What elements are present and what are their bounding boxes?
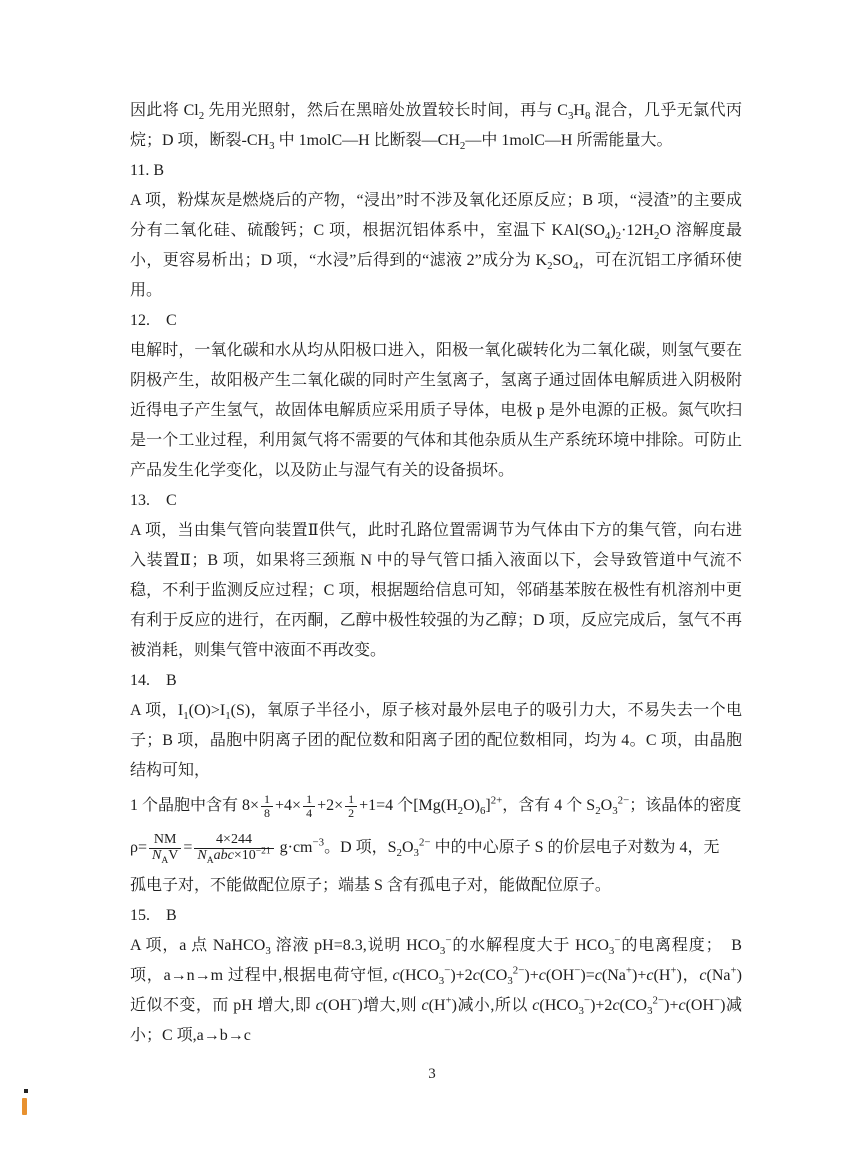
unit-cell-count-formula: 1 个晶胞中含有 8×18+4×14+2×12+1=4 个[Mg(H2O)6]2…	[130, 786, 742, 826]
formula-text-plus4: +4×	[275, 797, 301, 814]
density-formula-line: ρ=NMNAV=4×244NAabc×10−21 g·cm−3。D 项，S2O3…	[130, 826, 742, 870]
formula-text-plus2: +2×	[317, 797, 343, 814]
question-14-explanation-intro: A 项，I1(O)>I1(S)，氧原子半径小，原子核对最外层电子的吸引力大，不易…	[130, 696, 742, 786]
question-11-explanation: A 项，粉煤灰是燃烧后的产物，“浸出”时不涉及氧化还原反应；B 项，“浸渣”的主…	[130, 186, 742, 306]
question-15-explanation: A 项，a 点 NaHCO3 溶液 pH=8.3,说明 HCO3−的水解程度大于…	[130, 931, 742, 1051]
scan-artifact-orange-bar	[22, 1098, 27, 1115]
density-lead: ρ=	[130, 839, 147, 856]
answer-heading-11: 11. B	[130, 156, 742, 186]
answer-heading-12: 12. C	[130, 306, 742, 336]
density-equals: =	[183, 839, 192, 856]
density-tail-text: g·cm−3。D 项，S2O32− 中的中心原子 S 的价层电子对数为 4，无	[276, 839, 720, 856]
scanned-answer-key-page: { "colors": { "text": "#1d1d1d", "backgr…	[0, 0, 864, 1153]
scan-artifact-dot	[24, 1089, 28, 1093]
density-symbol-fraction: NMNAV	[149, 833, 181, 863]
answer-heading-13: 13. C	[130, 486, 742, 516]
formula-text-suffix: ，含有 4 个 S2O32−；该晶体的密度	[502, 797, 741, 814]
page-number: 3	[0, 1066, 864, 1083]
fraction-one-quarter: 14	[303, 793, 315, 819]
question-10-explanation-continuation: 因此将 Cl2 先用光照射，然后在黑暗处放置较长时间，再与 C3H8 混合，几乎…	[130, 96, 742, 156]
question-14-explanation-end: 孤电子对，不能做配位原子；端基 S 含有孤电子对，能做配位原子。	[130, 871, 742, 901]
formula-text-result: +1=4 个	[359, 797, 413, 814]
density-value-fraction: 4×244NAabc×10−21	[194, 833, 273, 863]
fraction-one-half: 12	[345, 793, 357, 819]
answer-key-content: 因此将 Cl2 先用光照射，然后在黑暗处放置较长时间，再与 C3H8 混合，几乎…	[130, 96, 742, 1051]
fraction-one-eighth: 18	[261, 793, 273, 819]
magnesium-complex-formula: [Mg(H2O)6]2+	[413, 797, 502, 814]
question-12-explanation: 电解时，一氧化碳和水从均从阳极口进入，阳极一氧化碳转化为二氧化碳，则氢气要在阴极…	[130, 336, 742, 486]
question-13-explanation: A 项，当由集气管向装置Ⅱ供气，此时孔路位置需调节为气体由下方的集气管，向右进入…	[130, 516, 742, 666]
formula-text-prefix: 1 个晶胞中含有 8×	[130, 797, 259, 814]
answer-heading-15: 15. B	[130, 901, 742, 931]
answer-heading-14: 14. B	[130, 666, 742, 696]
